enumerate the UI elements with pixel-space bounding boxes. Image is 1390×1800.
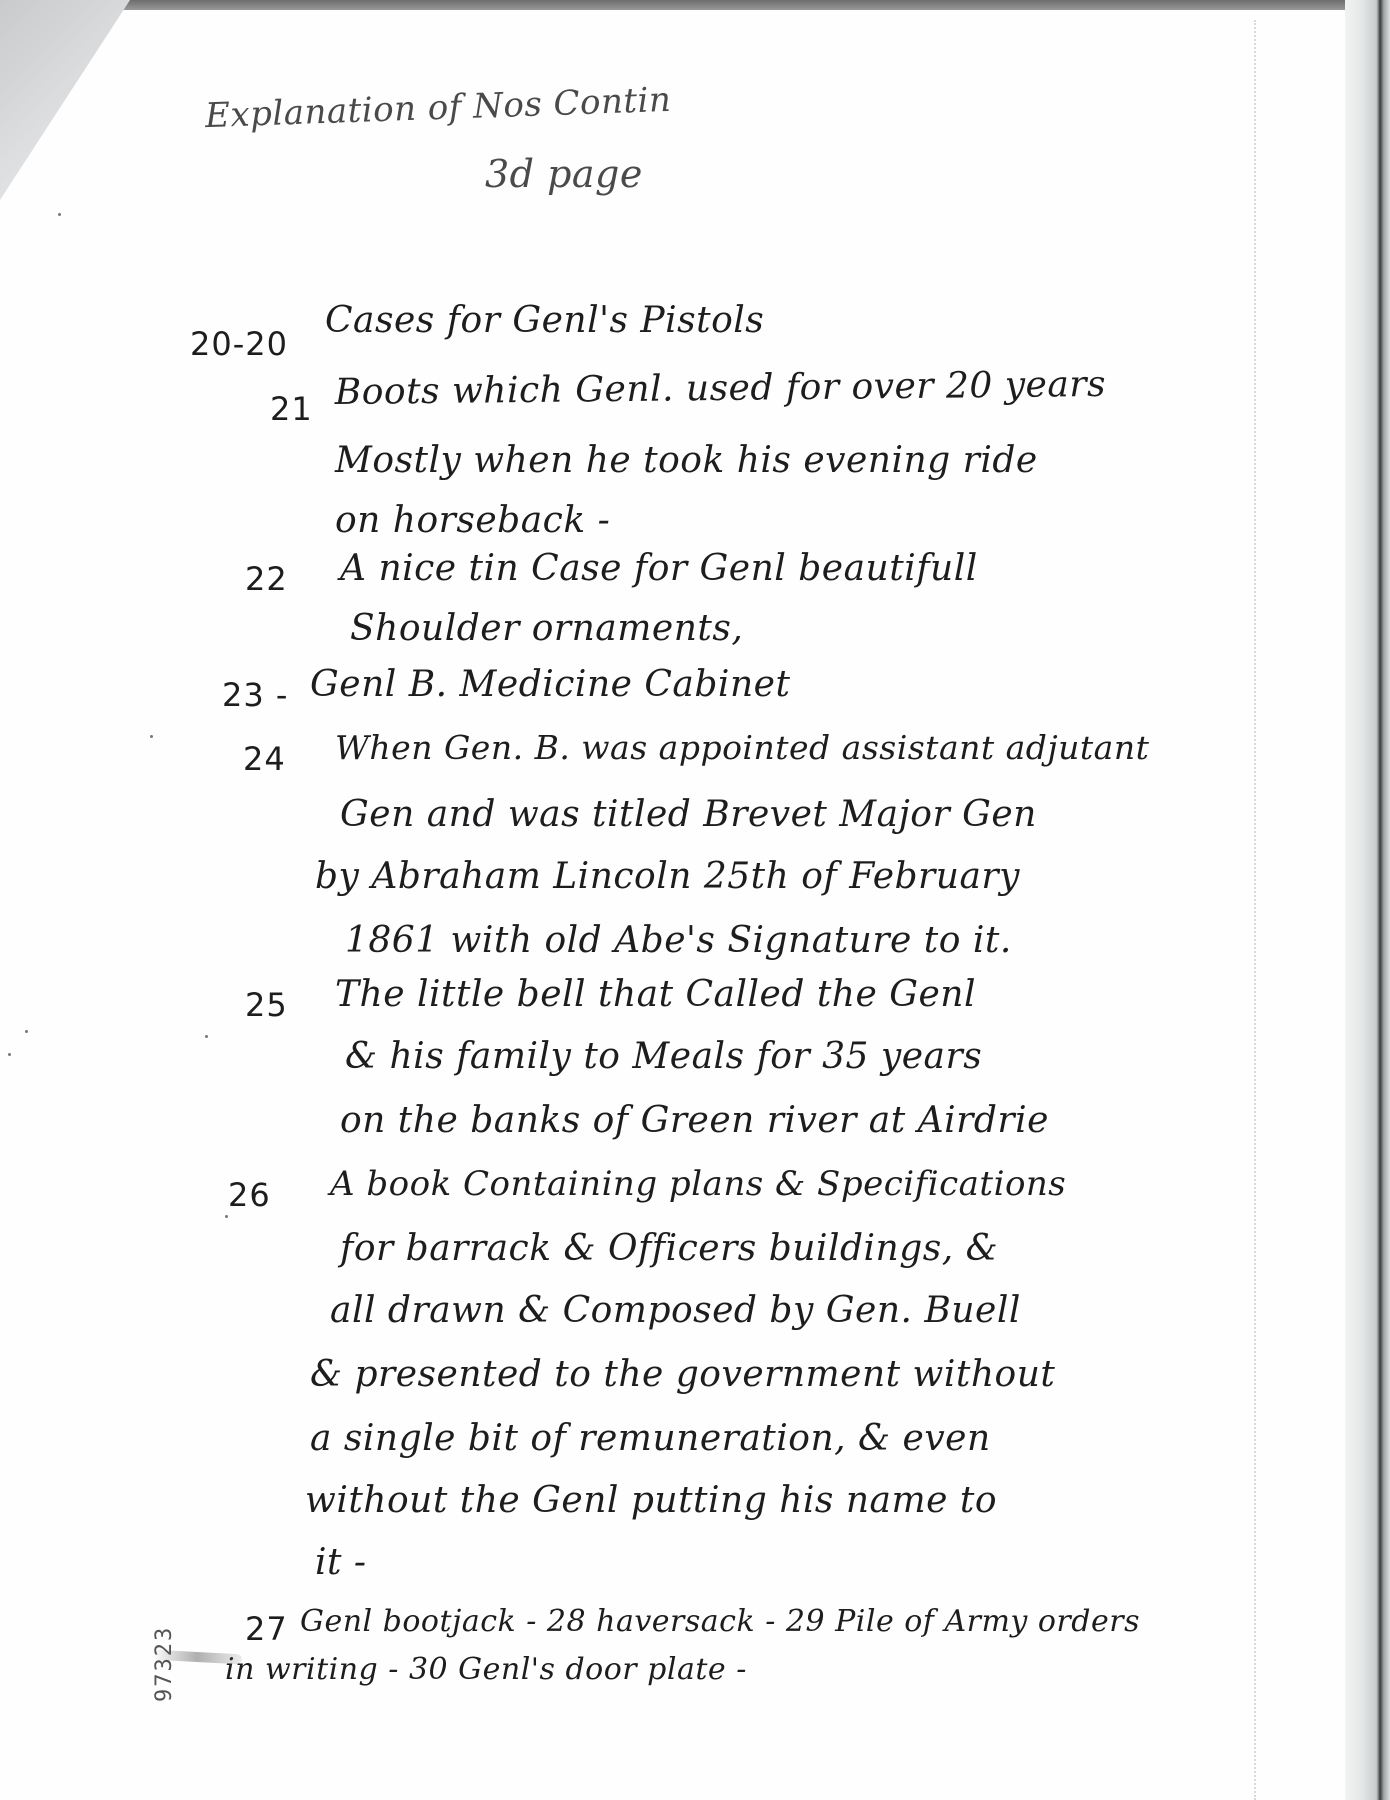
margin-line <box>1254 20 1256 1800</box>
item-line: A book Containing plans & Specifications <box>330 1164 1066 1204</box>
item-line: Genl bootjack - 28 haversack - 29 Pile o… <box>300 1604 1140 1639</box>
item-line: The little bell that Called the Genl <box>335 974 976 1015</box>
item-line: Boots which Genl. used for over 20 years <box>335 364 1107 413</box>
item-line: by Abraham Lincoln 25th of February <box>315 856 1020 897</box>
page-binding-edge <box>1345 0 1390 1800</box>
item-line: on the banks of Green river at Airdrie <box>340 1100 1049 1141</box>
scan-speck <box>150 735 153 738</box>
item-number: 20-20 <box>190 325 288 363</box>
item-line: & his family to Meals for 35 years <box>345 1036 982 1077</box>
item-line: a single bit of remuneration, & even <box>310 1418 991 1459</box>
scan-speck <box>8 1053 11 1056</box>
item-line: Genl B. Medicine Cabinet <box>310 664 790 705</box>
page-subtitle: 3d page <box>485 152 643 196</box>
item-line: Mostly when he took his evening ride <box>335 440 1038 481</box>
item-number: 25 <box>245 986 288 1024</box>
catalog-stamp-number: 97323 <box>152 1626 177 1702</box>
scan-speck <box>58 213 61 216</box>
item-line: Cases for Genl's Pistols <box>325 300 764 341</box>
item-number: 27 <box>245 1610 288 1648</box>
item-line: & presented to the government without <box>310 1354 1055 1395</box>
scan-speck <box>25 1030 28 1033</box>
document-page <box>0 10 1345 1800</box>
scan-speck <box>225 1215 228 1218</box>
item-number: 26 <box>228 1176 271 1214</box>
item-line: for barrack & Officers buildings, & <box>340 1228 998 1269</box>
item-line: 1861 with old Abe's Signature to it. <box>345 920 1012 961</box>
item-line: Shoulder ornaments, <box>350 608 743 649</box>
item-line: all drawn & Composed by Gen. Buell <box>330 1290 1021 1331</box>
item-number: 24 <box>243 740 286 778</box>
item-line: A nice tin Case for Genl beautifull <box>340 548 978 589</box>
item-line: without the Genl putting his name to <box>305 1480 997 1521</box>
item-number: 23 - <box>222 676 288 714</box>
item-line: it - <box>315 1542 367 1583</box>
item-line: When Gen. B. was appointed assistant adj… <box>335 728 1149 767</box>
item-number: 22 <box>245 560 288 598</box>
item-line: in writing - 30 Genl's door plate - <box>225 1652 747 1687</box>
item-number: 21 <box>270 390 313 428</box>
item-line: Gen and was titled Brevet Major Gen <box>340 794 1037 835</box>
item-line: on horseback - <box>335 500 610 541</box>
scan-speck <box>205 1035 208 1038</box>
